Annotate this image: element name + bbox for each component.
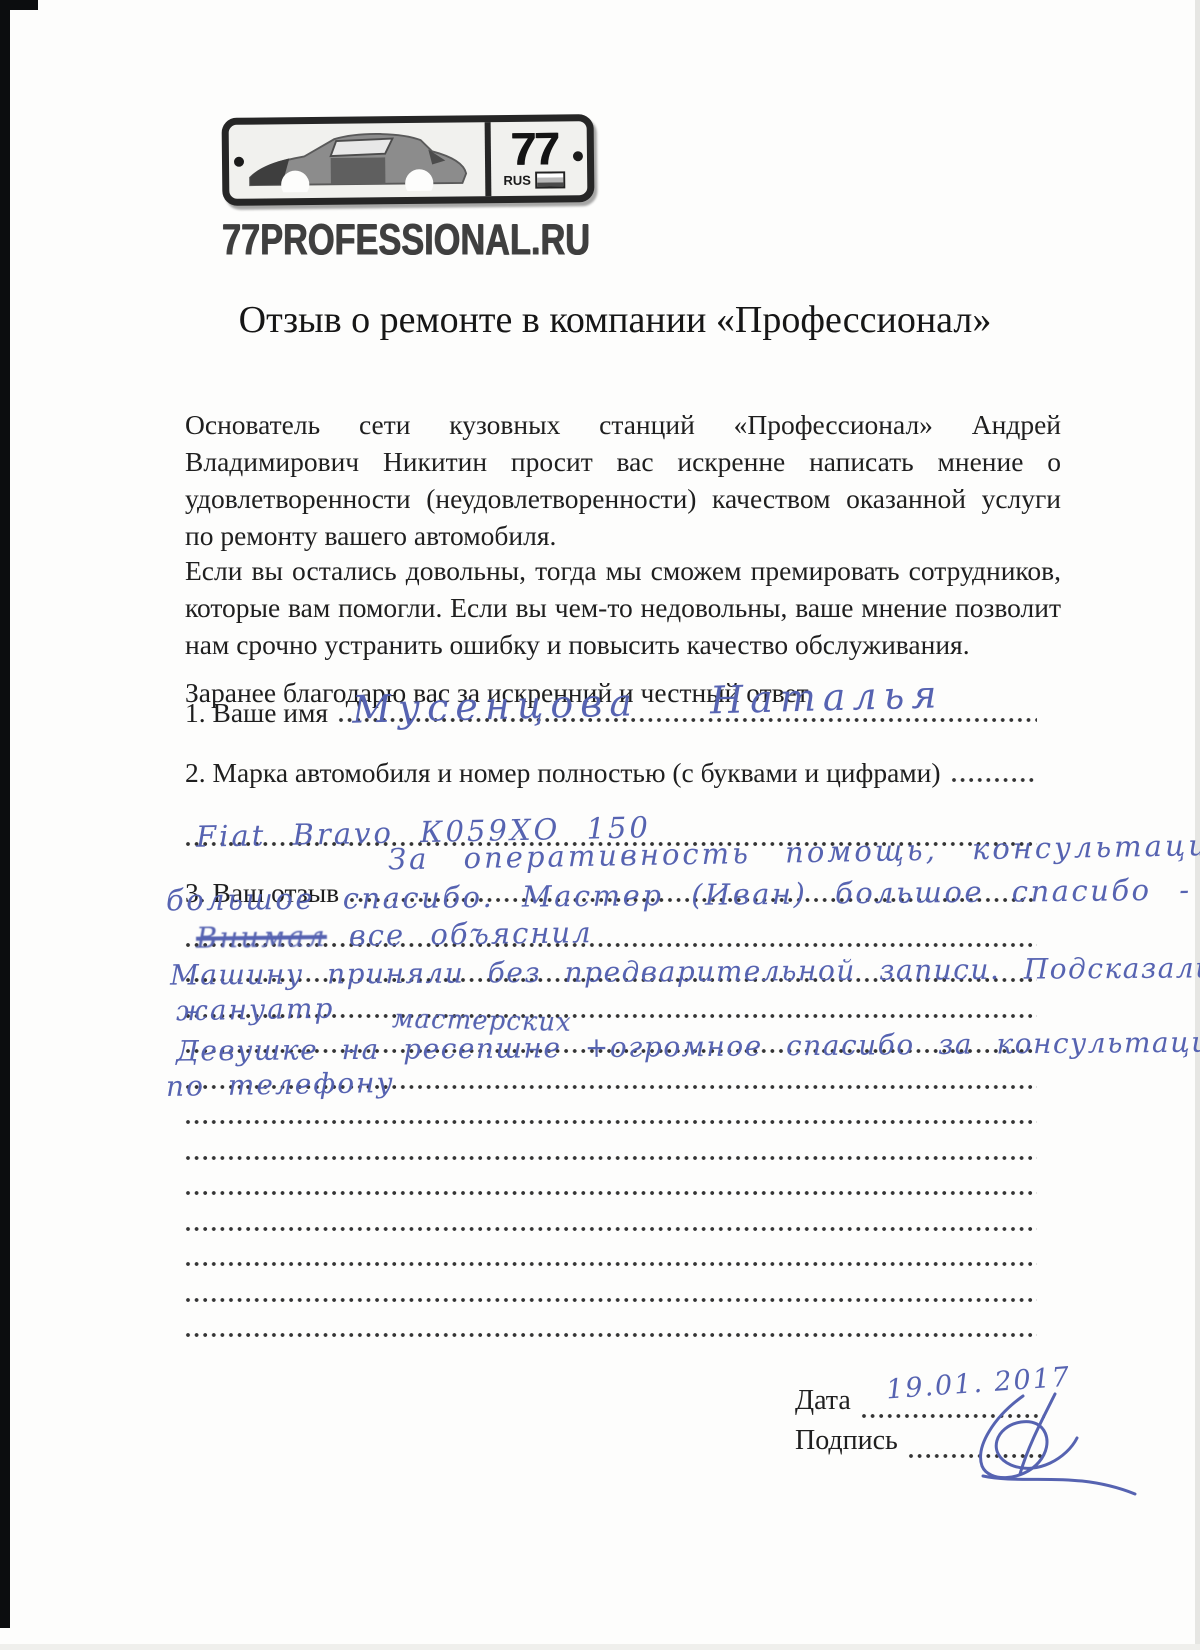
- review-dotted-line: [185, 1296, 1037, 1304]
- plate-rus-label: RUS: [503, 173, 531, 188]
- review-dotted-line: [185, 1189, 1037, 1197]
- handwriting-review-line-3: Внималвсе объяснил: [196, 915, 593, 955]
- review-dotted-line: [185, 1154, 1037, 1162]
- car-silhouette-icon: [242, 128, 473, 192]
- scan-artifact-right-edge: [1195, 0, 1200, 1650]
- scan-artifact-top-band: [0, 0, 38, 10]
- plate-region-section: 77 RUS: [485, 121, 588, 196]
- review-dotted-line: [185, 1118, 1037, 1126]
- license-plate-frame: 77 RUS: [222, 114, 595, 206]
- name-field-label: 1. Ваше имя: [185, 697, 328, 729]
- car-field-row: 2. Марка автомобиля и номер полностью (с…: [185, 757, 1037, 789]
- handwriting-review-line-3-rest: все объяснил: [349, 915, 593, 952]
- plate-region-number: 77: [510, 128, 558, 168]
- form-title: Отзыв о ремонте в компании «Профессионал…: [170, 298, 1060, 342]
- russia-flag-icon: [535, 171, 565, 188]
- handwriting-review-line-7: по телефону: [166, 1066, 395, 1103]
- logo-site-text: 77PROFESSIONAL.RU: [222, 215, 518, 265]
- intro-paragraph-1: Основатель сети кузовных станций «Профес…: [185, 406, 1061, 554]
- car-dotted-line: [951, 776, 1037, 784]
- review-dotted-line: [185, 1225, 1037, 1233]
- company-logo: 77 RUS 77PROFESSIONAL.RU: [222, 116, 602, 265]
- plate-left-section: [229, 122, 486, 199]
- handwriting-review-line-5: жануатр: [176, 992, 335, 1028]
- review-dotted-line: [185, 1260, 1037, 1268]
- review-dotted-line: [185, 1331, 1037, 1339]
- handwriting-strikethrough-word: Внимал: [196, 919, 327, 955]
- plate-bolt-right-icon: [573, 151, 583, 161]
- scanned-feedback-form: 77 RUS 77PROFESSIONAL.RU Отзыв о ремонте…: [0, 0, 1200, 1650]
- handwriting-review-line-4: Машину приняли без предварительной запис…: [170, 951, 1200, 991]
- date-label: Дата: [795, 1385, 851, 1425]
- plate-bolt-left-icon: [234, 157, 244, 167]
- intro-paragraph-2: Если вы остались довольны, тогда мы смож…: [185, 552, 1061, 663]
- scan-artifact-bottom-edge: [0, 1644, 1200, 1650]
- car-field-label: 2. Марка автомобиля и номер полностью (с…: [185, 757, 941, 789]
- scan-artifact-left-band: [0, 0, 10, 1628]
- signature-label: Подпись: [795, 1425, 898, 1465]
- signature-scribble: [925, 1388, 1140, 1498]
